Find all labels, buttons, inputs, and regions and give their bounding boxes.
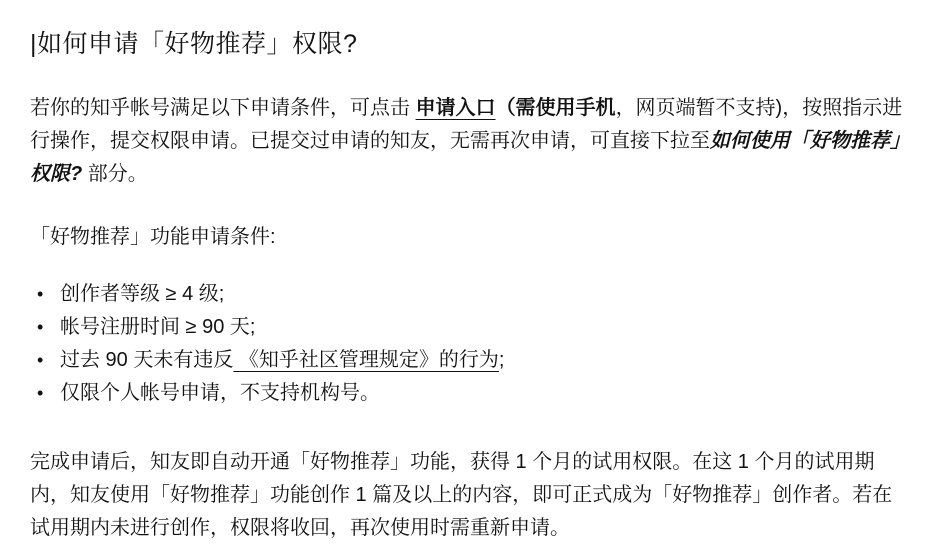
conditions-list: •创作者等级 ≥ 4 级;•帐号注册时间 ≥ 90 天;•过去 90 天未有违反… bbox=[30, 278, 903, 410]
phone-required-bold: （需使用手机 bbox=[496, 97, 616, 119]
text-span: 仅限个人帐号申请，不支持机构号。 bbox=[60, 382, 380, 404]
bullet-icon: • bbox=[30, 377, 60, 410]
apply-entry-link[interactable]: 申请入口 bbox=[416, 97, 496, 119]
condition-text: 创作者等级 ≥ 4 级; bbox=[60, 278, 903, 311]
condition-item: •帐号注册时间 ≥ 90 天; bbox=[30, 311, 903, 344]
text-span: 创作者等级 ≥ 4 级; bbox=[60, 283, 224, 305]
article-title: |如何申请「好物推荐」权限? bbox=[30, 26, 903, 62]
text-span: 过去 90 天未有违反 bbox=[60, 349, 233, 371]
text-span: 部分。 bbox=[82, 163, 148, 185]
trial-paragraph: 完成申请后，知友即自动开通「好物推荐」功能，获得 1 个月的试用权限。在这 1 … bbox=[30, 446, 903, 545]
text-span: ; bbox=[499, 349, 505, 371]
text-span: 「好物推荐」功能申请条件: bbox=[30, 226, 276, 248]
condition-item: •过去 90 天未有违反 《知乎社区管理规定》的行为; bbox=[30, 344, 903, 377]
condition-item: •创作者等级 ≥ 4 级; bbox=[30, 278, 903, 311]
bullet-icon: • bbox=[30, 278, 60, 311]
condition-text: 过去 90 天未有违反 《知乎社区管理规定》的行为; bbox=[60, 344, 903, 377]
heading-text: |如何申请「好物推荐」权限? bbox=[30, 30, 357, 58]
community-rules-link[interactable]: 《知乎社区管理规定》的行为 bbox=[233, 349, 499, 371]
condition-text: 帐号注册时间 ≥ 90 天; bbox=[60, 311, 903, 344]
condition-item: •仅限个人帐号申请，不支持机构号。 bbox=[30, 377, 903, 410]
text-span: 完成申请后，知友即自动开通「好物推荐」功能，获得 1 个月的试用权限。在这 1 … bbox=[30, 451, 892, 539]
conditions-label: 「好物推荐」功能申请条件: bbox=[30, 221, 903, 254]
condition-text: 仅限个人帐号申请，不支持机构号。 bbox=[60, 377, 903, 410]
bullet-icon: • bbox=[30, 311, 60, 344]
intro-paragraph: 若你的知乎帐号满足以下申请条件，可点击 申请入口（需使用手机，网页端暂不支持)，… bbox=[30, 92, 903, 191]
bullet-icon: • bbox=[30, 344, 60, 377]
text-span: 若你的知乎帐号满足以下申请条件，可点击 bbox=[30, 97, 416, 119]
article: |如何申请「好物推荐」权限? 若你的知乎帐号满足以下申请条件，可点击 申请入口（… bbox=[0, 26, 933, 545]
text-span: 帐号注册时间 ≥ 90 天; bbox=[60, 316, 255, 338]
